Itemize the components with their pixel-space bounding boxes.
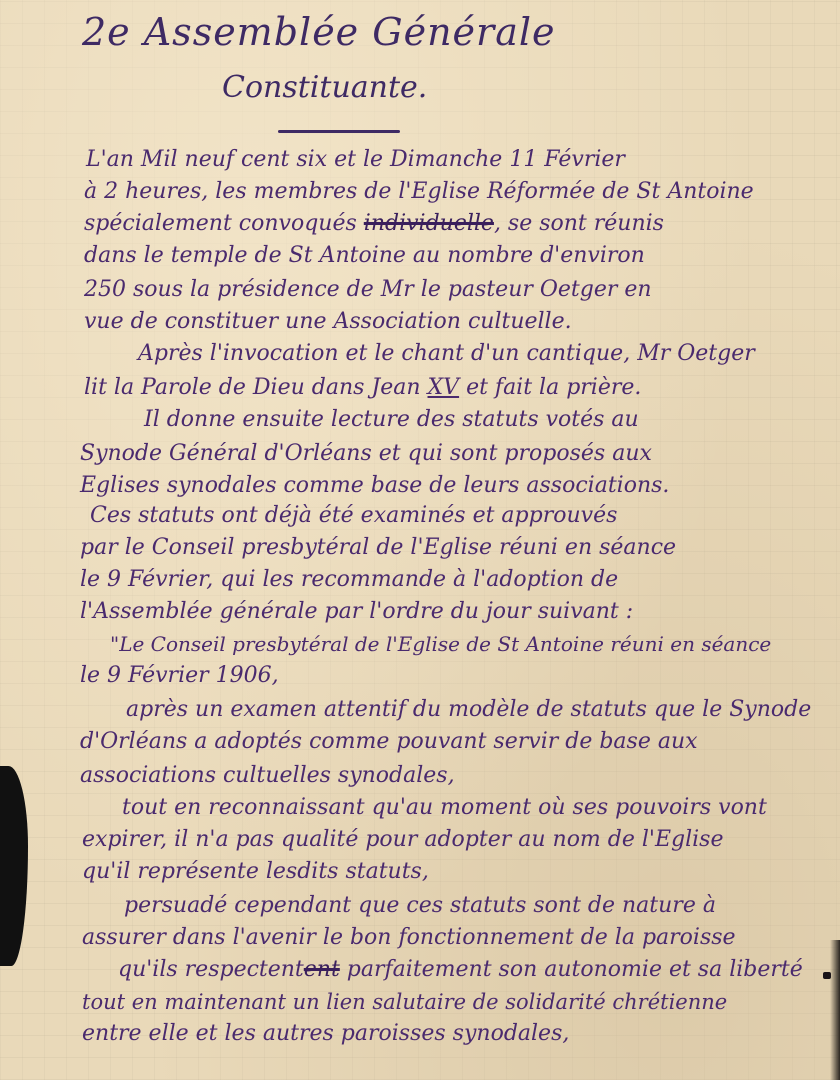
text-line: lit la Parole de Dieu dans Jean XV et fa… — [84, 374, 641, 402]
ink-blot — [823, 972, 831, 979]
line-text: qu'ils respectent — [118, 957, 304, 982]
text-line: dans le temple de St Antoine au nombre d… — [84, 242, 645, 270]
text-line: 250 sous la présidence de Mr le pasteur … — [84, 276, 652, 304]
text-line: Après l'invocation et le chant d'un cant… — [138, 340, 755, 368]
document-subtitle: Constituante. — [222, 70, 427, 105]
manuscript-page: 2e Assemblée Générale Constituante. L'an… — [0, 0, 840, 1080]
text-line: tout en maintenant un lien salutaire de … — [82, 988, 727, 1016]
struck-text: individuelle — [364, 211, 494, 236]
text-line: spécialement convoqués individuelle, se … — [84, 210, 664, 238]
line-text: spécialement convoqués — [84, 211, 364, 236]
text-line: d'Orléans a adoptés comme pouvant servir… — [80, 728, 698, 756]
text-line: qu'il représente lesdits statuts, — [82, 858, 429, 886]
title-rule — [278, 130, 400, 133]
text-line: associations cultuelles synodales, — [80, 762, 455, 790]
text-line: le 9 Février, qui les recommande à l'ado… — [80, 566, 618, 594]
text-line: après un examen attentif du modèle de st… — [126, 696, 811, 724]
text-line: persuadé cependant que ces statuts sont … — [124, 892, 716, 920]
text-line: Synode Général d'Orléans et qui sont pro… — [80, 440, 652, 468]
chapter-numeral: XV — [428, 375, 460, 400]
line-text: et fait la prière. — [459, 375, 641, 400]
line-text: parfaitement son autonomie et sa liberté — [340, 957, 803, 982]
text-line: expirer, il n'a pas qualité pour adopter… — [82, 826, 724, 854]
text-line: "Le Conseil presbytéral de l'Eglise de S… — [110, 630, 771, 658]
document-title: 2e Assemblée Générale — [82, 10, 556, 54]
text-line: qu'ils respectentent parfaitement son au… — [118, 956, 803, 984]
line-text: lit la Parole de Dieu dans Jean — [84, 375, 428, 400]
text-line: le 9 Février 1906, — [80, 662, 279, 690]
text-line: par le Conseil presbytéral de l'Eglise r… — [80, 534, 676, 562]
torn-edge — [0, 766, 28, 966]
text-line: l'Assemblée générale par l'ordre du jour… — [80, 598, 633, 626]
text-line: vue de constituer une Association cultue… — [84, 308, 572, 336]
text-line: Il donne ensuite lecture des statuts vot… — [144, 406, 639, 434]
struck-text: ent — [304, 957, 340, 982]
text-line: Eglises synodales comme base de leurs as… — [80, 472, 669, 500]
text-line: à 2 heures, les membres de l'Eglise Réfo… — [84, 178, 754, 206]
text-line: Ces statuts ont déjà été examinés et app… — [90, 502, 617, 530]
text-line: entre elle et les autres paroisses synod… — [82, 1020, 569, 1048]
page-edge-shadow — [830, 940, 840, 1080]
text-line: tout en reconnaissant qu'au moment où se… — [122, 794, 767, 822]
line-text: , se sont réunis — [494, 211, 664, 236]
text-line: assurer dans l'avenir le bon fonctionnem… — [82, 924, 736, 952]
text-line: L'an Mil neuf cent six et le Dimanche 11… — [86, 146, 625, 174]
